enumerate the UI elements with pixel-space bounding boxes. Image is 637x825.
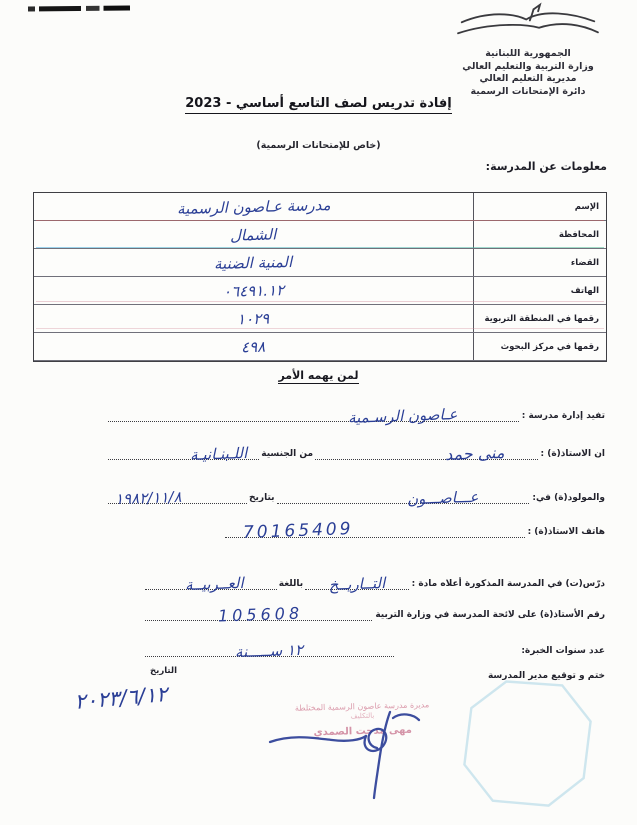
phone-label: هاتف الاستاذ(ة) :	[528, 527, 605, 538]
row-value: الشمال	[34, 221, 473, 248]
dotted-line: اللـبنـانيـة	[108, 435, 259, 460]
nationality-word: من الجنسية	[261, 449, 313, 460]
concern-heading: لمن يهمه الأمر	[278, 369, 358, 384]
language-word: باللغة	[279, 579, 303, 590]
handwritten-date: ٢٠٢٣/٦/١٢	[35, 679, 206, 718]
dotted-line: ١٢ ســـــنة	[145, 632, 394, 657]
form-line-school: تفيد إدارة مدرسة : عـاصون الرسـمية	[108, 398, 605, 422]
experience-label: عدد سنوات الخبرة:	[521, 646, 605, 657]
dotted-line: منى حمد	[315, 435, 537, 460]
table-row-district: القضاء المنية الضنية	[34, 249, 606, 277]
dotted-line: 70165409	[225, 513, 525, 538]
scan-artifact-mark	[28, 5, 130, 11]
school-info-table: الإسم مدرسة عـاصون الرسمية المحافظة الشم…	[33, 192, 607, 362]
handwritten-experience: ١٢ ســـــنة	[235, 641, 304, 661]
scan-color-line	[36, 220, 604, 221]
handwritten-roster-number: 105608	[217, 604, 303, 626]
scan-color-line	[36, 247, 604, 248]
form-line-phone: هاتف الاستاذ(ة) : 70165409	[225, 514, 605, 538]
handwritten-teacher-phone: 70165409	[243, 519, 354, 543]
handwritten-nationality: اللـبنـانيـة	[190, 444, 248, 464]
row-value: مدرسة عـاصون الرسمية	[34, 193, 473, 220]
table-row-governorate: المحافظة الشمال	[34, 221, 606, 249]
form-line-birth: والمولود(ة) في: عـــاصـــون بتاريخ ١٩٨٢/…	[108, 480, 605, 504]
row-label: المحافظة	[473, 221, 606, 248]
handwritten-research-number: ٤٩٨	[241, 337, 266, 356]
dotted-line: العــربيــة	[145, 565, 277, 590]
cedar-logo-icon	[453, 2, 603, 48]
dotted-line: ١٩٨٢/١١/٨	[108, 479, 247, 504]
scan-color-line	[36, 301, 604, 302]
row-value: ٤٩٨	[34, 333, 473, 360]
ministry-header: الجمهورية اللبنانية وزارة التربية والتعل…	[433, 2, 623, 98]
handwritten-language: العــربيــة	[185, 574, 244, 594]
handwritten-governorate: الشمال	[230, 225, 277, 244]
dotted-line: عـاصون الرسـمية	[108, 397, 519, 422]
scan-color-line	[36, 328, 604, 329]
handwritten-phone: ٠٦٤٩١.١٢	[223, 281, 285, 301]
handwritten-school-name-line: عـاصون الرسـمية	[347, 405, 457, 427]
form-line-subject: درّس(ت) في المدرسة المذكورة أعلاه مادة :…	[145, 566, 605, 590]
page-subtitle: (خاص للإمتحانات الرسمية)	[256, 140, 380, 151]
dotted-line: 105608	[145, 596, 372, 621]
teacher-label: ان الاستاذ(ة) :	[541, 449, 605, 460]
row-label: الهاتف	[473, 277, 606, 304]
handwritten-school-name: مدرسة عـاصون الرسمية	[177, 195, 331, 217]
handwritten-subject: التــاريــخ	[328, 574, 385, 594]
table-row-research-number: رقمها في مركز البحوث ٤٩٨	[34, 333, 606, 361]
principal-signature	[262, 698, 447, 803]
row-value: المنية الضنية	[34, 249, 473, 276]
row-label: رقمها في مركز البحوث	[473, 333, 606, 360]
scanned-document-page: الجمهورية اللبنانية وزارة التربية والتعل…	[0, 0, 637, 825]
handwritten-birthdate: ١٩٨٢/١١/٨	[115, 488, 182, 508]
header-line-ministry: وزارة التربية والتعليم العالي	[433, 61, 623, 74]
table-row-name: الإسم مدرسة عـاصون الرسمية	[34, 193, 606, 221]
row-label: القضاء	[473, 249, 606, 276]
handwritten-birthplace: عـــاصـــون	[407, 488, 479, 508]
certify-label: تفيد إدارة مدرسة :	[522, 411, 605, 422]
form-line-roster: رقم الأستاذ(ة) على لائحة المدرسة في وزار…	[145, 597, 605, 621]
row-label: الإسم	[473, 193, 606, 220]
form-line-experience: عدد سنوات الخبرة: ١٢ ســـــنة	[145, 633, 605, 657]
round-stamp-outline	[460, 676, 594, 810]
handwritten-district: المنية الضنية	[214, 252, 293, 272]
roster-label: رقم الأستاذ(ة) على لائحة المدرسة في وزار…	[375, 610, 605, 621]
form-line-teacher: ان الاستاذ(ة) : منى حمد من الجنسية اللـب…	[108, 436, 605, 460]
handwritten-zone-number: ١٠٢٩	[237, 309, 270, 328]
header-line-republic: الجمهورية اللبنانية	[433, 48, 623, 61]
dotted-line: عـــاصـــون	[277, 479, 530, 504]
dotted-line: التــاريــخ	[305, 565, 409, 590]
header-line-directorate: مديرية التعليم العالي	[433, 73, 623, 86]
taught-label: درّس(ت) في المدرسة المذكورة أعلاه مادة :	[412, 579, 605, 590]
page-title: إفادة تدريس لصف التاسع أساسي - 2023	[185, 96, 452, 114]
school-info-heading: معلومات عن المدرسة:	[486, 160, 607, 173]
handwritten-teacher-name: منى حمد	[444, 443, 504, 464]
date-label: التاريخ	[150, 666, 177, 676]
row-value: ٠٦٤٩١.١٢	[34, 277, 473, 304]
born-label: والمولود(ة) في:	[532, 493, 605, 504]
date-word: بتاريخ	[249, 493, 274, 504]
